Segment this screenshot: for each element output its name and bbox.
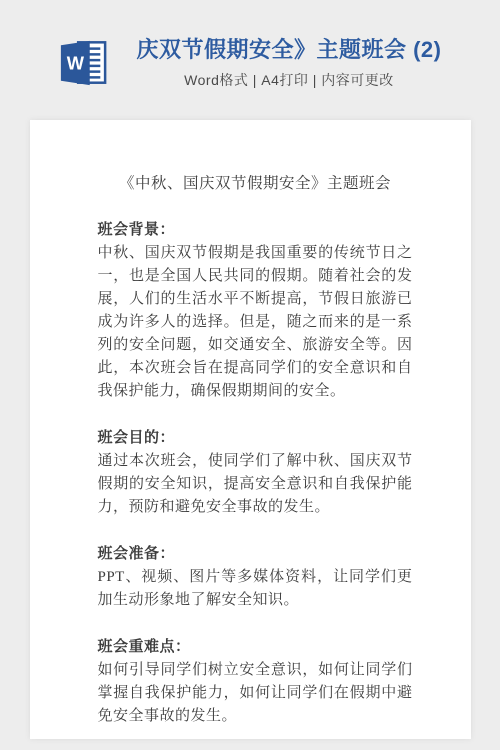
svg-text:W: W [67, 52, 85, 73]
document-section: 班会背景：中秋、国庆双节假期是我国重要的传统节日之一，也是全国人民共同的假期。随… [98, 219, 413, 403]
section-heading: 班会重难点： [98, 636, 413, 659]
header-row: W 庆双节假期安全》主题班会 (2) Word格式 | A4打印 | 内容可更改 [0, 36, 500, 89]
document-title: 《中秋、国庆双节假期安全》主题班会 [98, 172, 413, 195]
file-format-meta: Word格式 | A4打印 | 内容可更改 [184, 71, 394, 89]
section-heading: 班会目的： [98, 427, 413, 450]
document-section: 班会重难点：如何引导同学们树立安全意识，如何让同学们掌握自我保护能力，如何让同学… [98, 636, 413, 728]
section-heading: 班会背景： [98, 219, 413, 242]
word-icon: W [58, 37, 108, 89]
section-body: 如何引导同学们树立安全意识，如何让同学们掌握自我保护能力，如何让同学们在假期中避… [98, 659, 413, 728]
header-text: 庆双节假期安全》主题班会 (2) Word格式 | A4打印 | 内容可更改 [136, 36, 441, 89]
section-body: 中秋、国庆双节假期是我国重要的传统节日之一，也是全国人民共同的假期。随着社会的发… [98, 242, 413, 403]
document-page-preview: 《中秋、国庆双节假期安全》主题班会 班会背景：中秋、国庆双节假期是我国重要的传统… [30, 120, 471, 739]
header: W 庆双节假期安全》主题班会 (2) Word格式 | A4打印 | 内容可更改 [0, 0, 500, 89]
section-body: PPT、视频、图片等多媒体资料，让同学们更加生动形象地了解安全知识。 [98, 566, 413, 612]
document-section: 班会目的：通过本次班会，使同学们了解中秋、国庆双节假期的安全知识，提高安全意识和… [98, 427, 413, 519]
page-title: 庆双节假期安全》主题班会 (2) [136, 36, 441, 64]
document-section: 班会准备：PPT、视频、图片等多媒体资料，让同学们更加生动形象地了解安全知识。 [98, 543, 413, 612]
document-sections: 班会背景：中秋、国庆双节假期是我国重要的传统节日之一，也是全国人民共同的假期。随… [98, 219, 413, 728]
section-body: 通过本次班会，使同学们了解中秋、国庆双节假期的安全知识，提高安全意识和自我保护能… [98, 450, 413, 519]
section-heading: 班会准备： [98, 543, 413, 566]
